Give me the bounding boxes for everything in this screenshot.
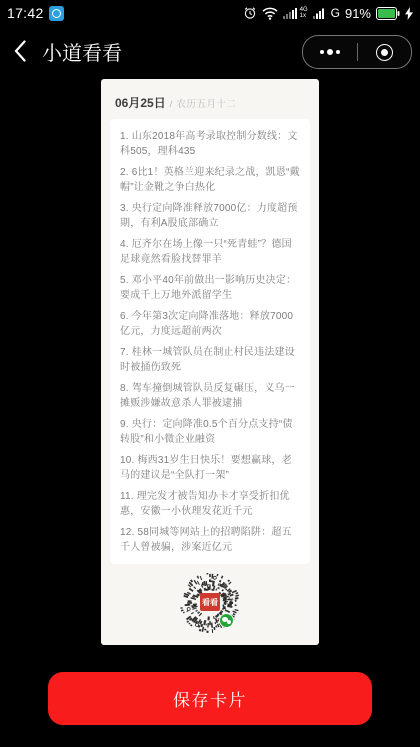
more-options-button[interactable] — [303, 36, 357, 68]
network-g-label: G — [331, 6, 340, 20]
card-header: 06月25日 / 农历五月十二 — [101, 79, 319, 119]
page-title: 小道看看 — [42, 37, 122, 66]
share-card-preview-screen: { "status_bar": { "time": "17:42", "netw… — [0, 0, 420, 747]
capsule-target-icon — [376, 44, 393, 61]
news-item: 6. 今年第3次定向降准落地：释放7000亿元，力度远超前两次 — [120, 309, 300, 339]
status-bar: 17:42 4G 1x — [0, 0, 420, 26]
nav-bar: 小道看看 — [0, 26, 420, 76]
status-bar-left: 17:42 — [7, 5, 64, 21]
date-separator: / — [170, 99, 173, 110]
signal-sim1-icon — [283, 7, 298, 20]
news-item: 12. 58同城等网站上的招聘陷阱：超五千人曾被骗，涉案近亿元 — [120, 525, 300, 555]
charging-bolt-icon — [405, 7, 413, 20]
wechat-logo-icon — [219, 613, 234, 628]
network-type-label: 4G 1x — [300, 7, 308, 19]
wechat-notification-icon — [49, 6, 64, 21]
battery-icon — [376, 7, 400, 20]
wifi-icon — [262, 7, 278, 20]
clock-time: 17:42 — [7, 5, 44, 21]
news-item: 1. 山东2018年高考录取控制分数线：文科505，理科435 — [120, 129, 300, 159]
news-list-panel: 1. 山东2018年高考录取控制分数线：文科505，理科435 2. 6比1！英… — [110, 119, 310, 564]
more-dots-icon — [320, 49, 340, 55]
news-list: 1. 山东2018年高考录取控制分数线：文科505，理科435 2. 6比1！英… — [120, 129, 300, 555]
miniprogram-qr-code: 看看 — [178, 571, 242, 635]
alarm-icon — [243, 6, 257, 20]
status-bar-right: 4G 1x G 91% — [243, 6, 413, 21]
news-item: 4. 厄齐尔在场上像一只“死青蛙”？德国足球竟然看脸找替罪羊 — [120, 237, 300, 267]
news-item: 5. 邓小平40年前做出一影响历史决定：要成千上万地外派留学生 — [120, 273, 300, 303]
miniprogram-capsule — [302, 35, 412, 69]
news-item: 11. 理完发才被告知办卡才享受折扣优惠，安徽一小伙理发花近千元 — [120, 489, 300, 519]
news-item: 8. 驾车撞倒城管队员反复碾压，义乌一摊贩涉嫌故意杀人罪被逮捕 — [120, 381, 300, 411]
back-chevron-icon — [14, 40, 26, 62]
news-item: 10. 梅西31岁生日快乐！要想赢球，老马的建议是“全队打一架” — [120, 453, 300, 483]
close-minimize-button[interactable] — [358, 36, 412, 68]
save-card-button[interactable]: 保存卡片 — [48, 672, 372, 725]
news-item: 2. 6比1！英格兰迎来纪录之战，凯恩“戴帽”让金靴之争白热化 — [120, 165, 300, 195]
qr-center-stamp: 看看 — [200, 593, 220, 611]
news-item: 3. 央行定向降准释放7000亿：力度超预期，有利A股底部确立 — [120, 201, 300, 231]
news-item: 7. 桂林一城管队员在制止村民违法建设时被捅伤致死 — [120, 345, 300, 375]
signal-sim2-icon — [313, 7, 326, 20]
back-button[interactable] — [0, 26, 40, 76]
lunar-date: 农历五月十二 — [176, 96, 236, 110]
card-date: 06月25日 — [115, 94, 166, 111]
news-card-preview: 06月25日 / 农历五月十二 1. 山东2018年高考录取控制分数线：文科50… — [101, 79, 319, 645]
battery-percent-label: 91% — [345, 6, 371, 21]
news-item: 9. 央行：定向降准0.5个百分点支持“债转股”和小微企业融资 — [120, 417, 300, 447]
